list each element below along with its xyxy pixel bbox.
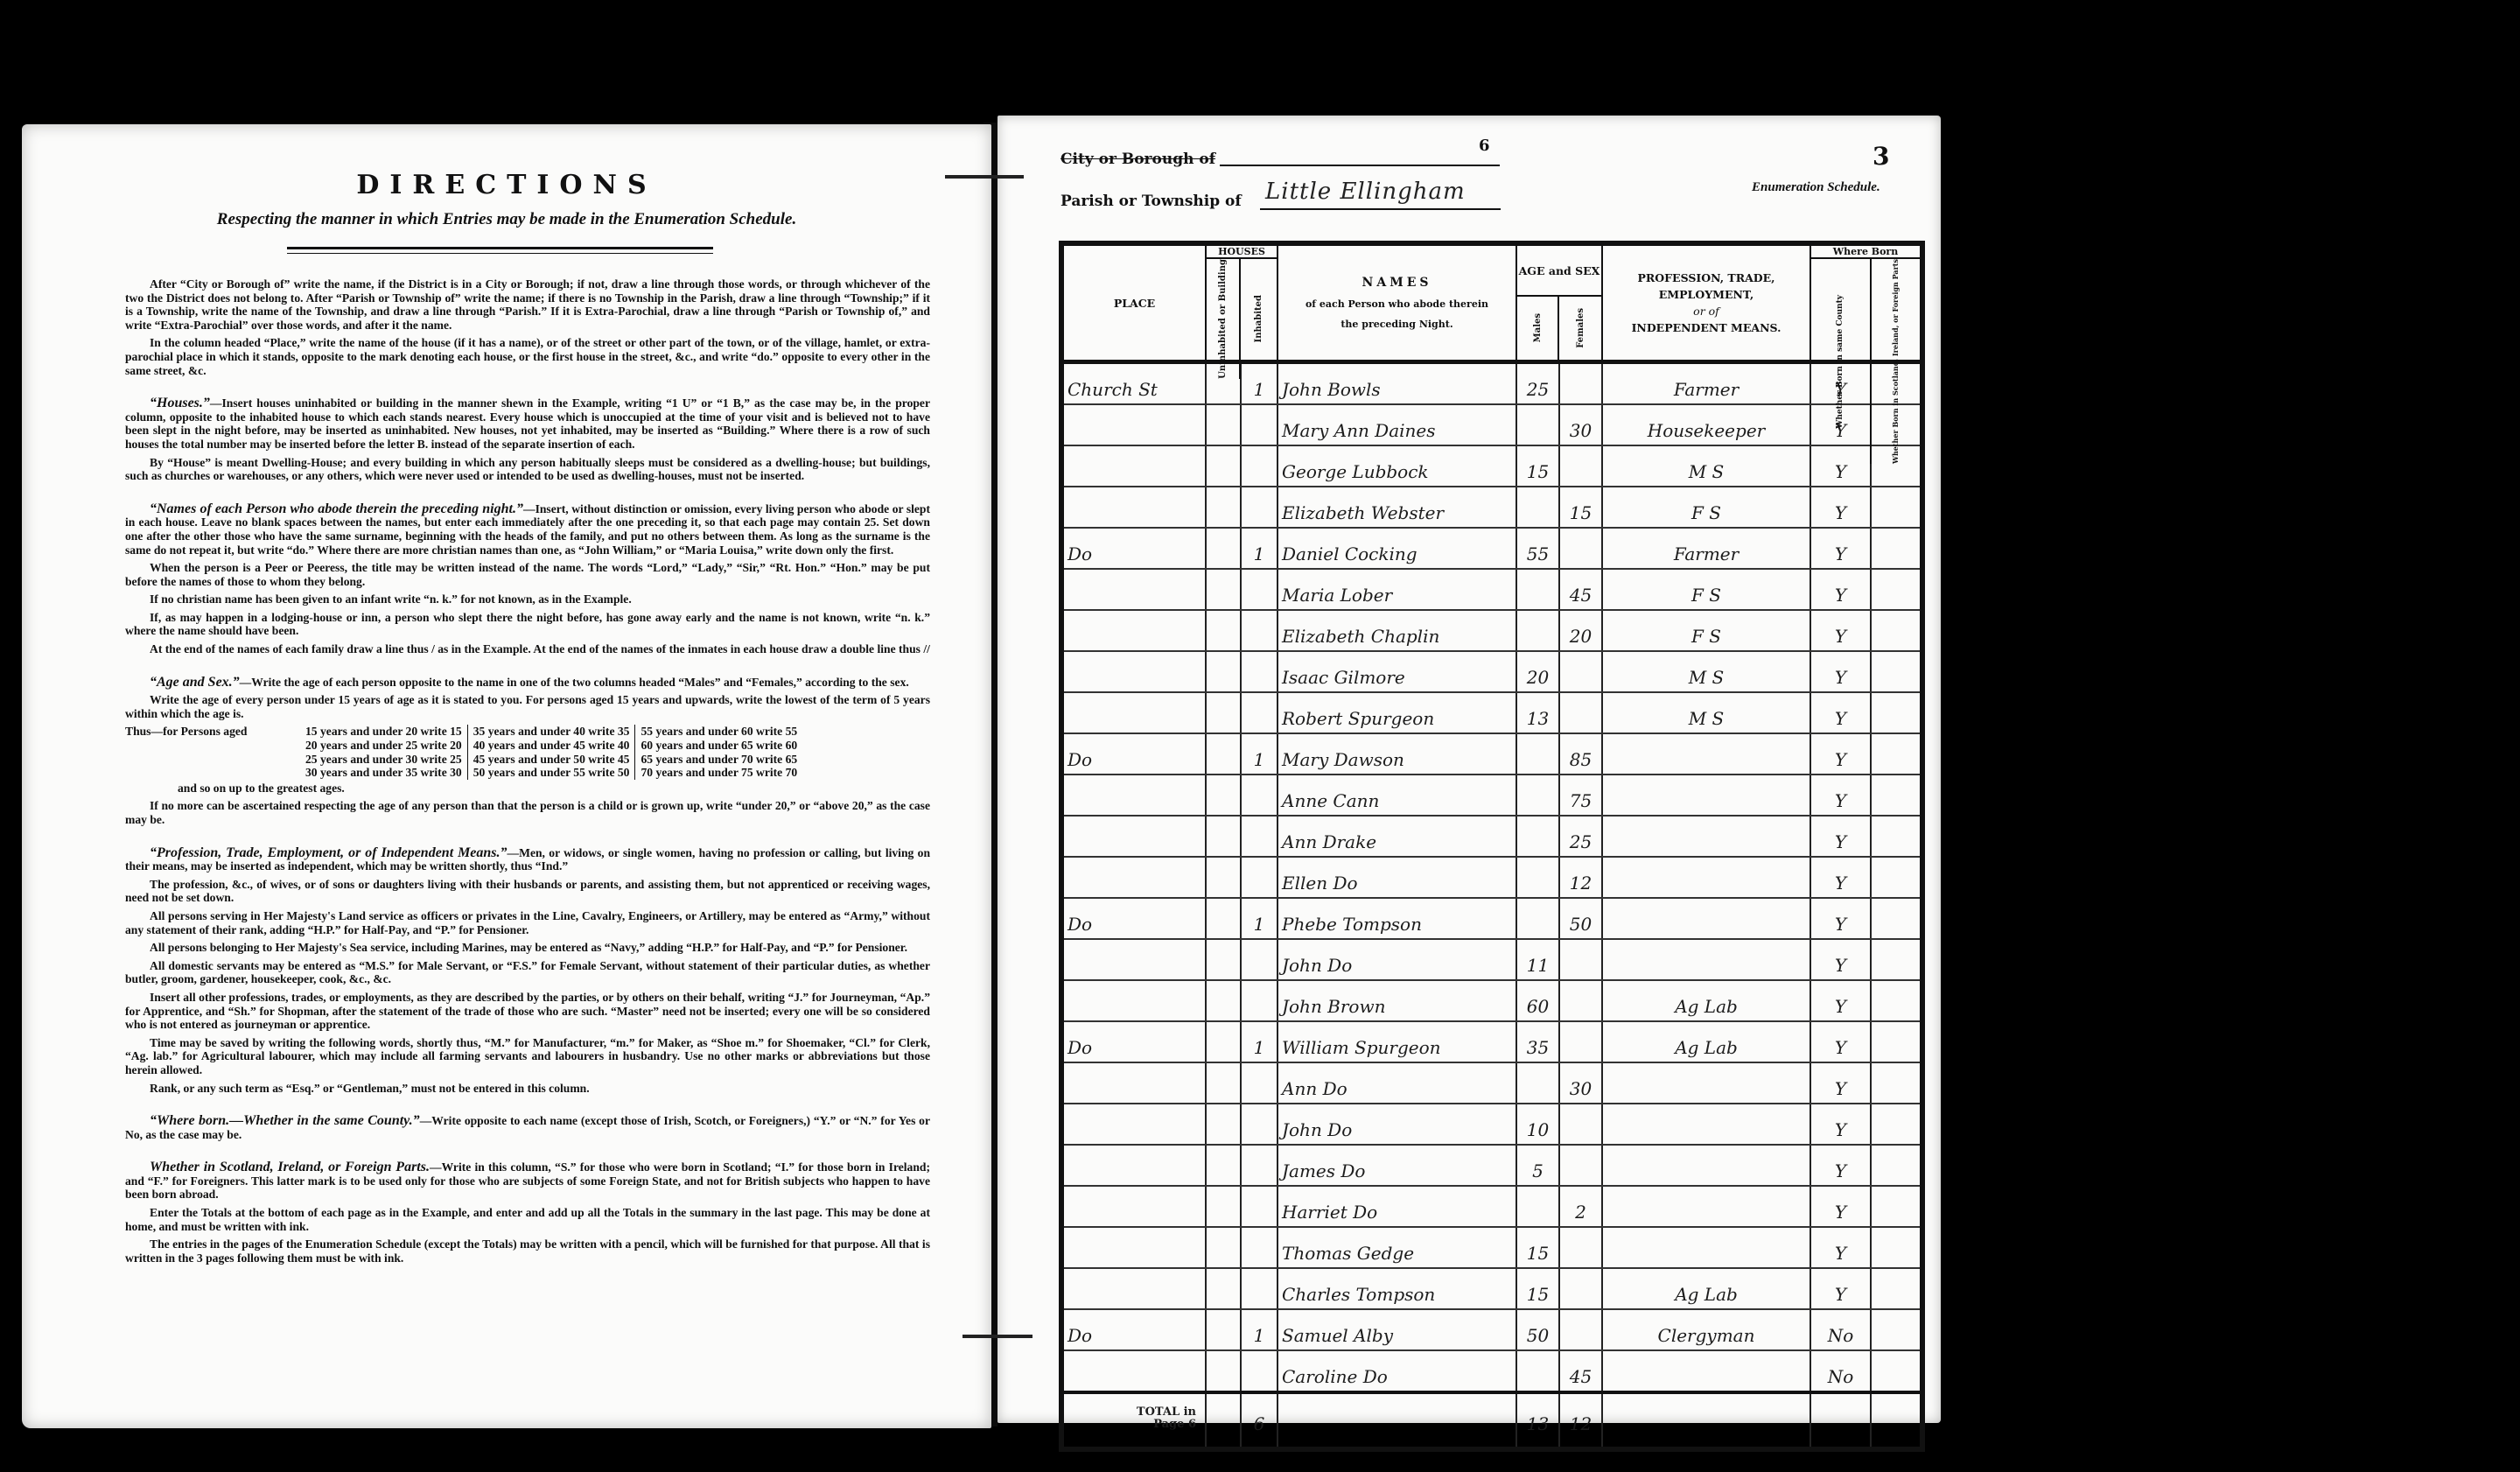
direction-paragraph: Time may be saved by writing the followi… [125, 1036, 930, 1077]
inhabited-cell [1242, 858, 1278, 897]
scotland-ireland-foreign-cell [1872, 611, 1920, 650]
place-cell [1064, 570, 1207, 609]
profession-cell: Farmer [1603, 364, 1811, 403]
direction-paragraph: If no christian name has been given to a… [125, 592, 930, 606]
scotland-ireland-foreign-cell [1872, 899, 1920, 938]
profession-cell [1603, 899, 1811, 938]
male-age-cell [1517, 817, 1560, 856]
paragraph-heading: “Where born.—Whether in the same County.… [150, 1113, 420, 1128]
inhabited-cell: 1 [1242, 734, 1278, 774]
name-cell: John Bowls [1278, 364, 1517, 403]
direction-paragraph: By “House” is meant Dwelling-House; and … [125, 456, 930, 483]
same-county-cell: Y [1811, 1063, 1872, 1103]
male-age-cell: 60 [1517, 981, 1560, 1020]
place-cell [1064, 817, 1207, 856]
place-cell [1064, 1351, 1207, 1391]
direction-paragraph: Insert all other professions, trades, or… [125, 991, 930, 1032]
place-cell [1064, 940, 1207, 979]
uninhabited-cell [1207, 1104, 1242, 1144]
name-cell: Mary Dawson [1278, 734, 1517, 774]
table-row: Do1Samuel Alby50ClergymanNo [1064, 1310, 1920, 1351]
inhabited-cell: 1 [1242, 529, 1278, 568]
same-county-cell: Y [1811, 899, 1872, 938]
female-age-cell [1560, 1022, 1603, 1062]
place-cell [1064, 446, 1207, 486]
inhabited-cell [1242, 1228, 1278, 1267]
age-table-entry: 55 years and under 60 write 55 [640, 725, 797, 739]
same-county-cell: Y [1811, 1104, 1872, 1144]
female-age-cell: 15 [1560, 487, 1603, 527]
same-county-cell: Y [1811, 775, 1872, 815]
direction-paragraph: “Profession, Trade, Employment, or of In… [125, 846, 930, 873]
uninhabited-cell [1207, 940, 1242, 979]
uninhabited-cell [1207, 1310, 1242, 1349]
place-cell [1064, 405, 1207, 445]
name-cell: Robert Spurgeon [1278, 693, 1517, 732]
parish-township-label: Parish or Township of [1060, 193, 1242, 210]
scotland-ireland-foreign-cell [1872, 981, 1920, 1020]
profession-cell: Farmer [1603, 529, 1811, 568]
male-age-cell: 10 [1517, 1104, 1560, 1144]
place-cell [1064, 981, 1207, 1020]
direction-paragraph: “Age and Sex.”—Write the age of each per… [125, 676, 930, 690]
paragraph-text: Write the age of every person under 15 y… [125, 693, 930, 720]
direction-paragraph: “Names of each Person who abode therein … [125, 502, 930, 557]
female-age-cell [1560, 693, 1603, 732]
uninhabited-cell [1207, 1063, 1242, 1103]
uninhabited-cell [1207, 693, 1242, 732]
uninhabited-cell [1207, 1187, 1242, 1226]
profession-cell: Housekeeper [1603, 405, 1811, 445]
paragraph-text: —Write the age of each person opposite t… [240, 676, 909, 689]
direction-paragraph: If no more can be ascertained respecting… [125, 799, 930, 826]
total-uninhabited [1207, 1394, 1242, 1447]
same-county-cell: No [1811, 1351, 1872, 1391]
table-row: Robert Spurgeon13M SY [1064, 693, 1920, 734]
place-cell [1064, 1104, 1207, 1144]
female-age-cell: 50 [1560, 899, 1603, 938]
name-cell: Ann Do [1278, 1063, 1517, 1103]
place-cell: Do [1064, 529, 1207, 568]
name-cell: William Spurgeon [1278, 1022, 1517, 1062]
table-body: Church St1John Bowls25FarmerYMary Ann Da… [1064, 364, 1920, 1391]
male-age-cell: 15 [1517, 1228, 1560, 1267]
table-row: Charles Tompson15Ag LabY [1064, 1269, 1920, 1310]
profession-cell: Ag Lab [1603, 1269, 1811, 1308]
inhabited-cell [1242, 940, 1278, 979]
profession-cell [1603, 1063, 1811, 1103]
male-age-cell: 35 [1517, 1022, 1560, 1062]
header-age-sex-group: AGE and SEX Males Females [1517, 246, 1603, 360]
scotland-ireland-foreign-cell [1872, 1351, 1920, 1391]
name-cell: John Brown [1278, 981, 1517, 1020]
direction-paragraph: When the person is a Peer or Peeress, th… [125, 561, 930, 588]
uninhabited-cell [1207, 487, 1242, 527]
same-county-cell: No [1811, 1310, 1872, 1349]
table-row: Thomas Gedge15Y [1064, 1228, 1920, 1269]
scotland-ireland-foreign-cell [1872, 1022, 1920, 1062]
uninhabited-cell [1207, 775, 1242, 815]
table-row: Isaac Gilmore20M SY [1064, 652, 1920, 693]
male-age-cell [1517, 1351, 1560, 1391]
page-number-right: 3 [1872, 142, 1889, 171]
direction-paragraph: All persons serving in Her Majesty's Lan… [125, 909, 930, 936]
age-table-entry: 60 years and under 65 write 60 [640, 739, 797, 753]
uninhabited-cell [1207, 858, 1242, 897]
table-row: Do1Mary Dawson85Y [1064, 734, 1920, 775]
name-cell: Thomas Gedge [1278, 1228, 1517, 1267]
paragraph-text: Time may be saved by writing the followi… [125, 1036, 930, 1076]
male-age-cell: 55 [1517, 529, 1560, 568]
male-age-cell [1517, 405, 1560, 445]
total-profession-blank [1603, 1394, 1811, 1447]
female-age-cell: 30 [1560, 1063, 1603, 1103]
direction-paragraph: The profession, &c., of wives, or of son… [125, 878, 930, 905]
paragraph-text: Enter the Totals at the bottom of each p… [125, 1206, 930, 1233]
header-houses-group: HOUSES Uninhabited or Building Inhabited [1207, 246, 1278, 360]
same-county-cell: Y [1811, 1022, 1872, 1062]
table-row: Do1Phebe Tompson50Y [1064, 899, 1920, 940]
paragraph-text: All persons belonging to Her Majesty's S… [150, 941, 907, 954]
male-age-cell: 13 [1517, 693, 1560, 732]
header-females: Females [1576, 308, 1585, 348]
inhabited-cell: 1 [1242, 899, 1278, 938]
female-age-cell: 20 [1560, 611, 1603, 650]
female-age-cell [1560, 940, 1603, 979]
inhabited-cell [1242, 817, 1278, 856]
page-number-center: 6 [1479, 137, 1490, 155]
scotland-ireland-foreign-cell [1872, 693, 1920, 732]
directions-paragraphs-part2: If no more can be ascertained respecting… [125, 799, 930, 1265]
female-age-cell [1560, 1228, 1603, 1267]
parish-value: Little Ellingham [1265, 179, 1466, 205]
scotland-ireland-foreign-cell [1872, 1269, 1920, 1308]
scotland-ireland-foreign-cell [1872, 1228, 1920, 1267]
uninhabited-cell [1207, 405, 1242, 445]
name-cell: Ellen Do [1278, 858, 1517, 897]
profession-cell [1603, 858, 1811, 897]
city-borough-field [1220, 165, 1500, 166]
place-cell [1064, 652, 1207, 691]
table-row: John Do11Y [1064, 940, 1920, 981]
profession-cell [1603, 1351, 1811, 1391]
age-table-entry: 20 years and under 25 write 20 [305, 739, 462, 753]
uninhabited-cell [1207, 1228, 1242, 1267]
profession-cell: F S [1603, 611, 1811, 650]
direction-paragraph: In the column headed “Place,” write the … [125, 336, 930, 377]
scotland-ireland-foreign-cell [1872, 1063, 1920, 1103]
table-row: George Lubbock15M SY [1064, 446, 1920, 487]
female-age-cell [1560, 529, 1603, 568]
male-age-cell: 25 [1517, 364, 1560, 403]
table-row: Harriet Do2Y [1064, 1187, 1920, 1228]
paragraph-heading: “Age and Sex.” [150, 675, 240, 690]
direction-paragraph: Whether in Scotland, Ireland, or Foreign… [125, 1160, 930, 1202]
uninhabited-cell [1207, 611, 1242, 650]
name-cell: Maria Lober [1278, 570, 1517, 609]
scotland-ireland-foreign-cell [1872, 817, 1920, 856]
inhabited-cell [1242, 446, 1278, 486]
paragraph-text: All persons serving in Her Majesty's Lan… [125, 909, 930, 936]
same-county-cell: Y [1811, 1146, 1872, 1185]
direction-paragraph: “Where born.—Whether in the same County.… [125, 1114, 930, 1141]
place-cell [1064, 1228, 1207, 1267]
direction-paragraph: All persons belonging to Her Majesty's S… [125, 941, 930, 955]
profession-cell: Ag Lab [1603, 981, 1811, 1020]
inhabited-cell [1242, 652, 1278, 691]
uninhabited-cell [1207, 1146, 1242, 1185]
inhabited-cell [1242, 1063, 1278, 1103]
profession-cell [1603, 1104, 1811, 1144]
total-same-county-blank [1811, 1394, 1872, 1447]
header-males: Males [1533, 313, 1543, 342]
direction-paragraph: The entries in the pages of the Enumerat… [125, 1237, 930, 1265]
name-cell: Ann Drake [1278, 817, 1517, 856]
uninhabited-cell [1207, 899, 1242, 938]
place-cell [1064, 1063, 1207, 1103]
female-age-cell: 75 [1560, 775, 1603, 815]
city-borough-line: City or Borough of [1060, 151, 1215, 168]
uninhabited-cell [1207, 529, 1242, 568]
same-county-cell: Y [1811, 940, 1872, 979]
direction-paragraph: At the end of the names of each family d… [125, 642, 930, 656]
paragraph-text: By “House” is meant Dwelling-House; and … [125, 456, 930, 483]
paragraph-text: Rank, or any such term as “Esq.” or “Gen… [150, 1082, 590, 1095]
male-age-cell [1517, 734, 1560, 774]
male-age-cell [1517, 899, 1560, 938]
parish-township-line: Parish or Township of [1060, 193, 1242, 210]
scotland-ireland-foreign-cell [1872, 570, 1920, 609]
inhabited-cell [1242, 1187, 1278, 1226]
inhabited-cell [1242, 1104, 1278, 1144]
same-county-cell: Y [1811, 734, 1872, 774]
name-cell: Daniel Cocking [1278, 529, 1517, 568]
profession-cell: Clergyman [1603, 1310, 1811, 1349]
profession-cell [1603, 1228, 1811, 1267]
female-age-cell [1560, 364, 1603, 403]
age-table-entry: 35 years and under 40 write 35 [473, 725, 630, 739]
age-table-lead: Thus—for Persons aged [125, 725, 300, 779]
paragraph-text: —Insert houses uninhabited or building i… [125, 396, 930, 451]
paragraph-heading: Whether in Scotland, Ireland, or Foreign… [150, 1160, 430, 1174]
table-row: Church St1John Bowls25FarmerY [1064, 364, 1920, 405]
name-cell: Caroline Do [1278, 1351, 1517, 1391]
inhabited-cell [1242, 693, 1278, 732]
profession-cell [1603, 1146, 1811, 1185]
total-females: 12 [1560, 1394, 1603, 1447]
total-sif-blank [1872, 1394, 1920, 1447]
same-county-cell: Y [1811, 1269, 1872, 1308]
age-table-entry: 15 years and under 20 write 15 [305, 725, 462, 739]
profession-cell: M S [1603, 693, 1811, 732]
female-age-cell [1560, 1310, 1603, 1349]
table-row: Maria Lober45F SY [1064, 570, 1920, 611]
female-age-cell [1560, 446, 1603, 486]
age-table-column: 15 years and under 20 write 1520 years a… [300, 725, 468, 779]
table-row: John Brown60Ag LabY [1064, 981, 1920, 1022]
profession-cell: F S [1603, 570, 1811, 609]
age-table-entry: 70 years and under 75 write 70 [640, 766, 797, 780]
profession-cell [1603, 775, 1811, 815]
name-cell: Anne Cann [1278, 775, 1517, 815]
age-table-entry: 45 years and under 50 write 45 [473, 753, 630, 767]
scotland-ireland-foreign-cell [1872, 1187, 1920, 1226]
paragraph-text: The profession, &c., of wives, or of son… [125, 878, 930, 905]
place-cell [1064, 693, 1207, 732]
scotland-ireland-foreign-cell [1872, 487, 1920, 527]
title-rule-divider [287, 247, 713, 254]
female-age-cell: 2 [1560, 1187, 1603, 1226]
table-row: James Do5Y [1064, 1146, 1920, 1187]
uninhabited-cell [1207, 817, 1242, 856]
total-males: 13 [1517, 1394, 1560, 1447]
inhabited-cell [1242, 1351, 1278, 1391]
male-age-cell: 50 [1517, 1310, 1560, 1349]
same-county-cell: Y [1811, 693, 1872, 732]
male-age-cell [1517, 487, 1560, 527]
total-names-blank [1278, 1394, 1517, 1447]
census-table: PLACE HOUSES Uninhabited or Building Inh… [1059, 241, 1925, 1452]
name-cell: Harriet Do [1278, 1187, 1517, 1226]
header-uninhabited: Uninhabited or Building [1218, 259, 1228, 379]
inhabited-cell [1242, 981, 1278, 1020]
uninhabited-cell [1207, 570, 1242, 609]
male-age-cell [1517, 611, 1560, 650]
female-age-cell: 45 [1560, 1351, 1603, 1391]
scotland-ireland-foreign-cell [1872, 652, 1920, 691]
table-row: Ann Do30Y [1064, 1063, 1920, 1104]
uninhabited-cell [1207, 652, 1242, 691]
male-age-cell [1517, 858, 1560, 897]
female-age-cell [1560, 652, 1603, 691]
same-county-cell: Y [1811, 487, 1872, 527]
header-houses: HOUSES [1207, 246, 1277, 259]
age-table-entry: 30 years and under 35 write 30 [305, 766, 462, 780]
table-row: Elizabeth Webster15F SY [1064, 487, 1920, 529]
age-table-column: 55 years and under 60 write 5560 years a… [635, 725, 802, 779]
male-age-cell: 15 [1517, 446, 1560, 486]
age-table-column: 35 years and under 40 write 3540 years a… [468, 725, 636, 779]
name-cell: James Do [1278, 1146, 1517, 1185]
name-cell: Elizabeth Chaplin [1278, 611, 1517, 650]
parish-township-field: Little Ellingham [1260, 184, 1501, 210]
female-age-cell [1560, 981, 1603, 1020]
female-age-cell: 45 [1560, 570, 1603, 609]
header-place: PLACE [1064, 246, 1207, 360]
profession-cell: F S [1603, 487, 1811, 527]
directions-title: DIRECTIONS [22, 170, 991, 200]
direction-paragraph: Enter the Totals at the bottom of each p… [125, 1206, 930, 1233]
city-borough-label: City or Borough of [1060, 151, 1215, 168]
table-row: Do1Daniel Cocking55FarmerY [1064, 529, 1920, 570]
paragraph-text: The entries in the pages of the Enumerat… [125, 1237, 930, 1265]
profession-cell: Ag Lab [1603, 1022, 1811, 1062]
place-cell [1064, 487, 1207, 527]
inhabited-cell [1242, 1146, 1278, 1185]
direction-paragraph: All domestic servants may be entered as … [125, 959, 930, 986]
uninhabited-cell [1207, 1022, 1242, 1062]
place-cell [1064, 858, 1207, 897]
header-where-born-group: Where Born Whether Born in same County W… [1811, 246, 1920, 360]
paragraph-text: In the column headed “Place,” write the … [125, 336, 930, 376]
profession-cell [1603, 940, 1811, 979]
enumeration-schedule-page: 6 3 Enumeration Schedule. City or Boroug… [997, 116, 1941, 1423]
uninhabited-cell [1207, 446, 1242, 486]
paragraph-text: If no more can be ascertained respecting… [125, 799, 930, 826]
paragraph-text: When the person is a Peer or Peeress, th… [125, 561, 930, 588]
uninhabited-cell [1207, 1269, 1242, 1308]
table-row: Ellen Do12Y [1064, 858, 1920, 899]
total-row: TOTAL in Page 6 6 13 12 [1064, 1391, 1920, 1447]
paragraph-text: After “City or Borough of” write the nam… [125, 277, 930, 332]
direction-paragraph: Write the age of every person under 15 y… [125, 693, 930, 720]
inhabited-cell: 1 [1242, 1022, 1278, 1062]
name-cell: Elizabeth Webster [1278, 487, 1517, 527]
scotland-ireland-foreign-cell [1872, 858, 1920, 897]
male-age-cell [1517, 1187, 1560, 1226]
place-cell: Do [1064, 899, 1207, 938]
male-age-cell: 11 [1517, 940, 1560, 979]
paragraph-heading: “Profession, Trade, Employment, or of In… [150, 845, 507, 860]
profession-cell [1603, 734, 1811, 774]
table-row: Mary Ann Daines30HousekeeperY [1064, 405, 1920, 446]
same-county-cell: Y [1811, 611, 1872, 650]
same-county-cell: Y [1811, 1228, 1872, 1267]
profession-cell [1603, 1187, 1811, 1226]
same-county-cell: Y [1811, 570, 1872, 609]
scotland-ireland-foreign-cell [1872, 529, 1920, 568]
age-table-entry: 40 years and under 45 write 40 [473, 739, 630, 753]
inhabited-cell [1242, 775, 1278, 815]
male-age-cell [1517, 1063, 1560, 1103]
paragraph-text: At the end of the names of each family d… [150, 642, 930, 655]
name-cell: John Do [1278, 940, 1517, 979]
place-cell: Do [1064, 1310, 1207, 1349]
scotland-ireland-foreign-cell [1872, 1146, 1920, 1185]
name-cell: George Lubbock [1278, 446, 1517, 486]
place-cell: Do [1064, 1022, 1207, 1062]
header-profession: PROFESSION, TRADE, EMPLOYMENT, or of IND… [1603, 246, 1811, 360]
scotland-ireland-foreign-cell [1872, 1310, 1920, 1349]
direction-paragraph: After “City or Borough of” write the nam… [125, 277, 930, 332]
header-same-county: Whether Born in same County [1836, 295, 1845, 429]
place-cell [1064, 775, 1207, 815]
name-cell: Phebe Tompson [1278, 899, 1517, 938]
name-cell: Isaac Gilmore [1278, 652, 1517, 691]
directions-paragraphs-part1: After “City or Borough of” write the nam… [125, 277, 930, 720]
inhabited-cell [1242, 570, 1278, 609]
female-age-cell [1560, 1146, 1603, 1185]
scotland-ireland-foreign-cell [1872, 1104, 1920, 1144]
profession-cell: M S [1603, 652, 1811, 691]
place-cell [1064, 1146, 1207, 1185]
same-county-cell: Y [1811, 529, 1872, 568]
scotland-ireland-foreign-cell [1872, 775, 1920, 815]
place-cell: Do [1064, 734, 1207, 774]
scotland-ireland-foreign-cell [1872, 734, 1920, 774]
place-cell [1064, 611, 1207, 650]
paragraph-heading: “Houses.” [150, 396, 210, 410]
same-county-cell: Y [1811, 1187, 1872, 1226]
uninhabited-cell [1207, 734, 1242, 774]
profession-cell [1603, 817, 1811, 856]
female-age-cell: 25 [1560, 817, 1603, 856]
header-age-sex: AGE and SEX [1517, 246, 1601, 297]
table-row: Anne Cann75Y [1064, 775, 1920, 817]
female-age-cell [1560, 1269, 1603, 1308]
binding-stitch [962, 1335, 1032, 1338]
same-county-cell: Y [1811, 817, 1872, 856]
